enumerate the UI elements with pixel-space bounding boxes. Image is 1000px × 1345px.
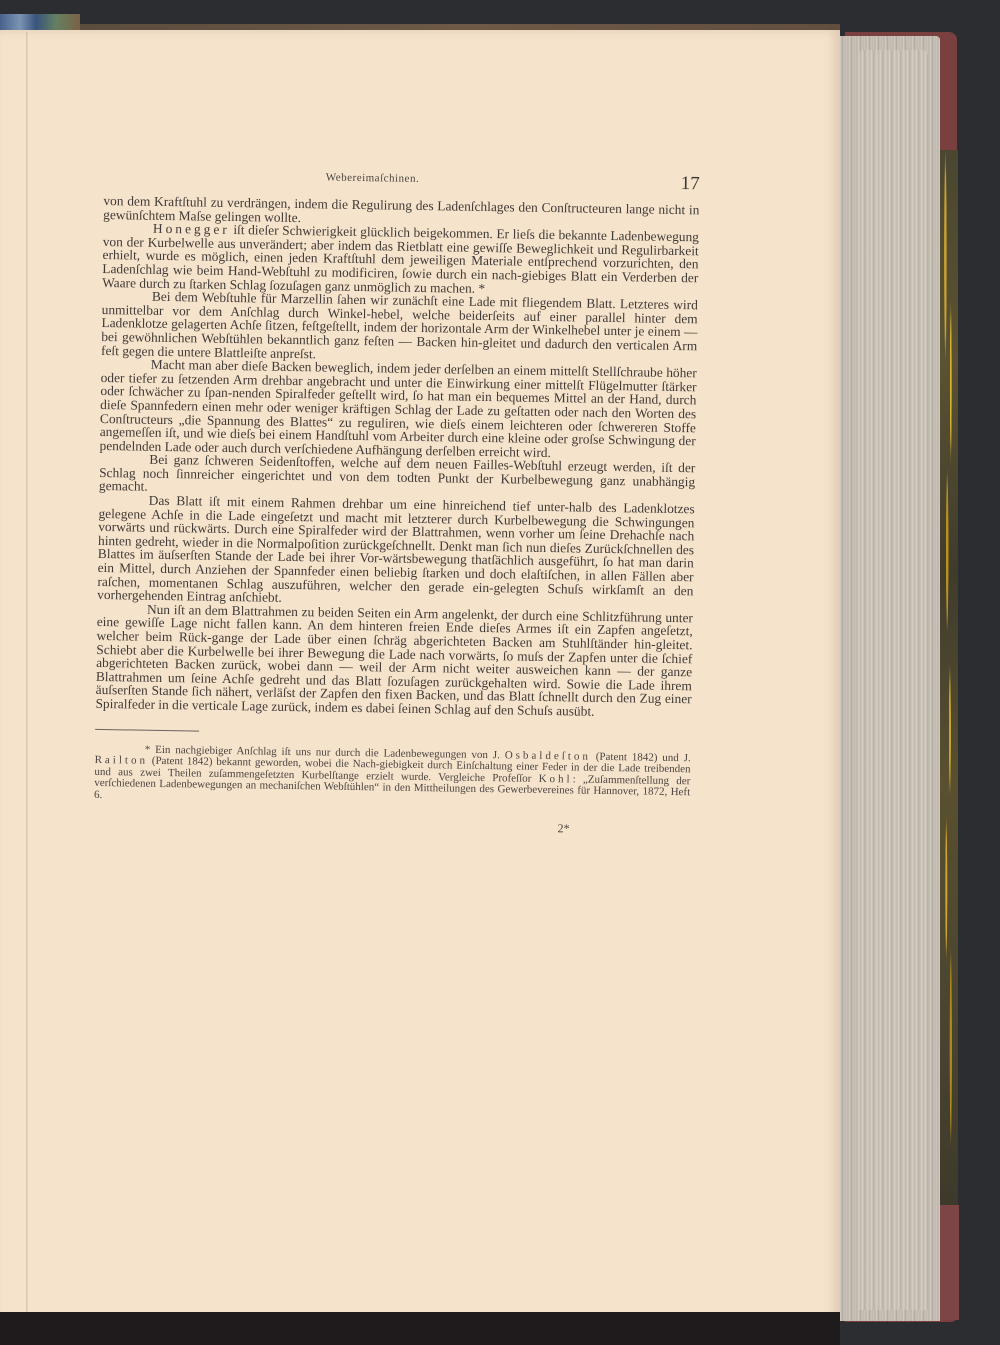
paragraph: Das Blatt iſt mit einem Rahmen drehbar u… [97,493,695,611]
footnote-separator [95,728,199,731]
gutter-fold [26,32,29,1312]
paragraph-text: Macht man aber dieſe Backen beweglich, i… [99,357,696,460]
running-title: Webereimaſchinen. [326,171,420,184]
paragraph: Bei dem Webſtuhle für Marzellin ſahen wi… [101,289,698,366]
footnote: * Ein nachgiebiger Anſchlag iſt uns nur … [94,743,691,810]
paragraph: Macht man aber dieſe Backen beweglich, i… [99,357,696,462]
paragraph: Honegger iſt dieſer Schwierigkeit glückl… [102,221,699,298]
author-name-kohl: Kohl [539,773,573,786]
paragraph-text: Nun iſt an dem Blattrahmen zu beiden Sei… [95,602,693,719]
paragraph: Nun iſt an dem Blattrahmen zu beiden Sei… [95,602,693,720]
page-text-block: Webereimaſchinen. 17 von dem Kraftſtuhl … [94,164,700,838]
page-bottom-shadow [0,1312,840,1345]
page-block-inner-edges [858,50,928,1310]
marbled-cover-paper [940,150,958,1205]
paragraph-text: Das Blatt iſt mit einem Rahmen drehbar u… [97,493,695,605]
paragraph-text: Bei ganz ſchweren Seidenſtoffen, welche … [99,452,696,494]
page-number: 17 [681,173,700,195]
paragraph-text: Bei dem Webſtuhle für Marzellin ſahen wi… [101,289,698,361]
